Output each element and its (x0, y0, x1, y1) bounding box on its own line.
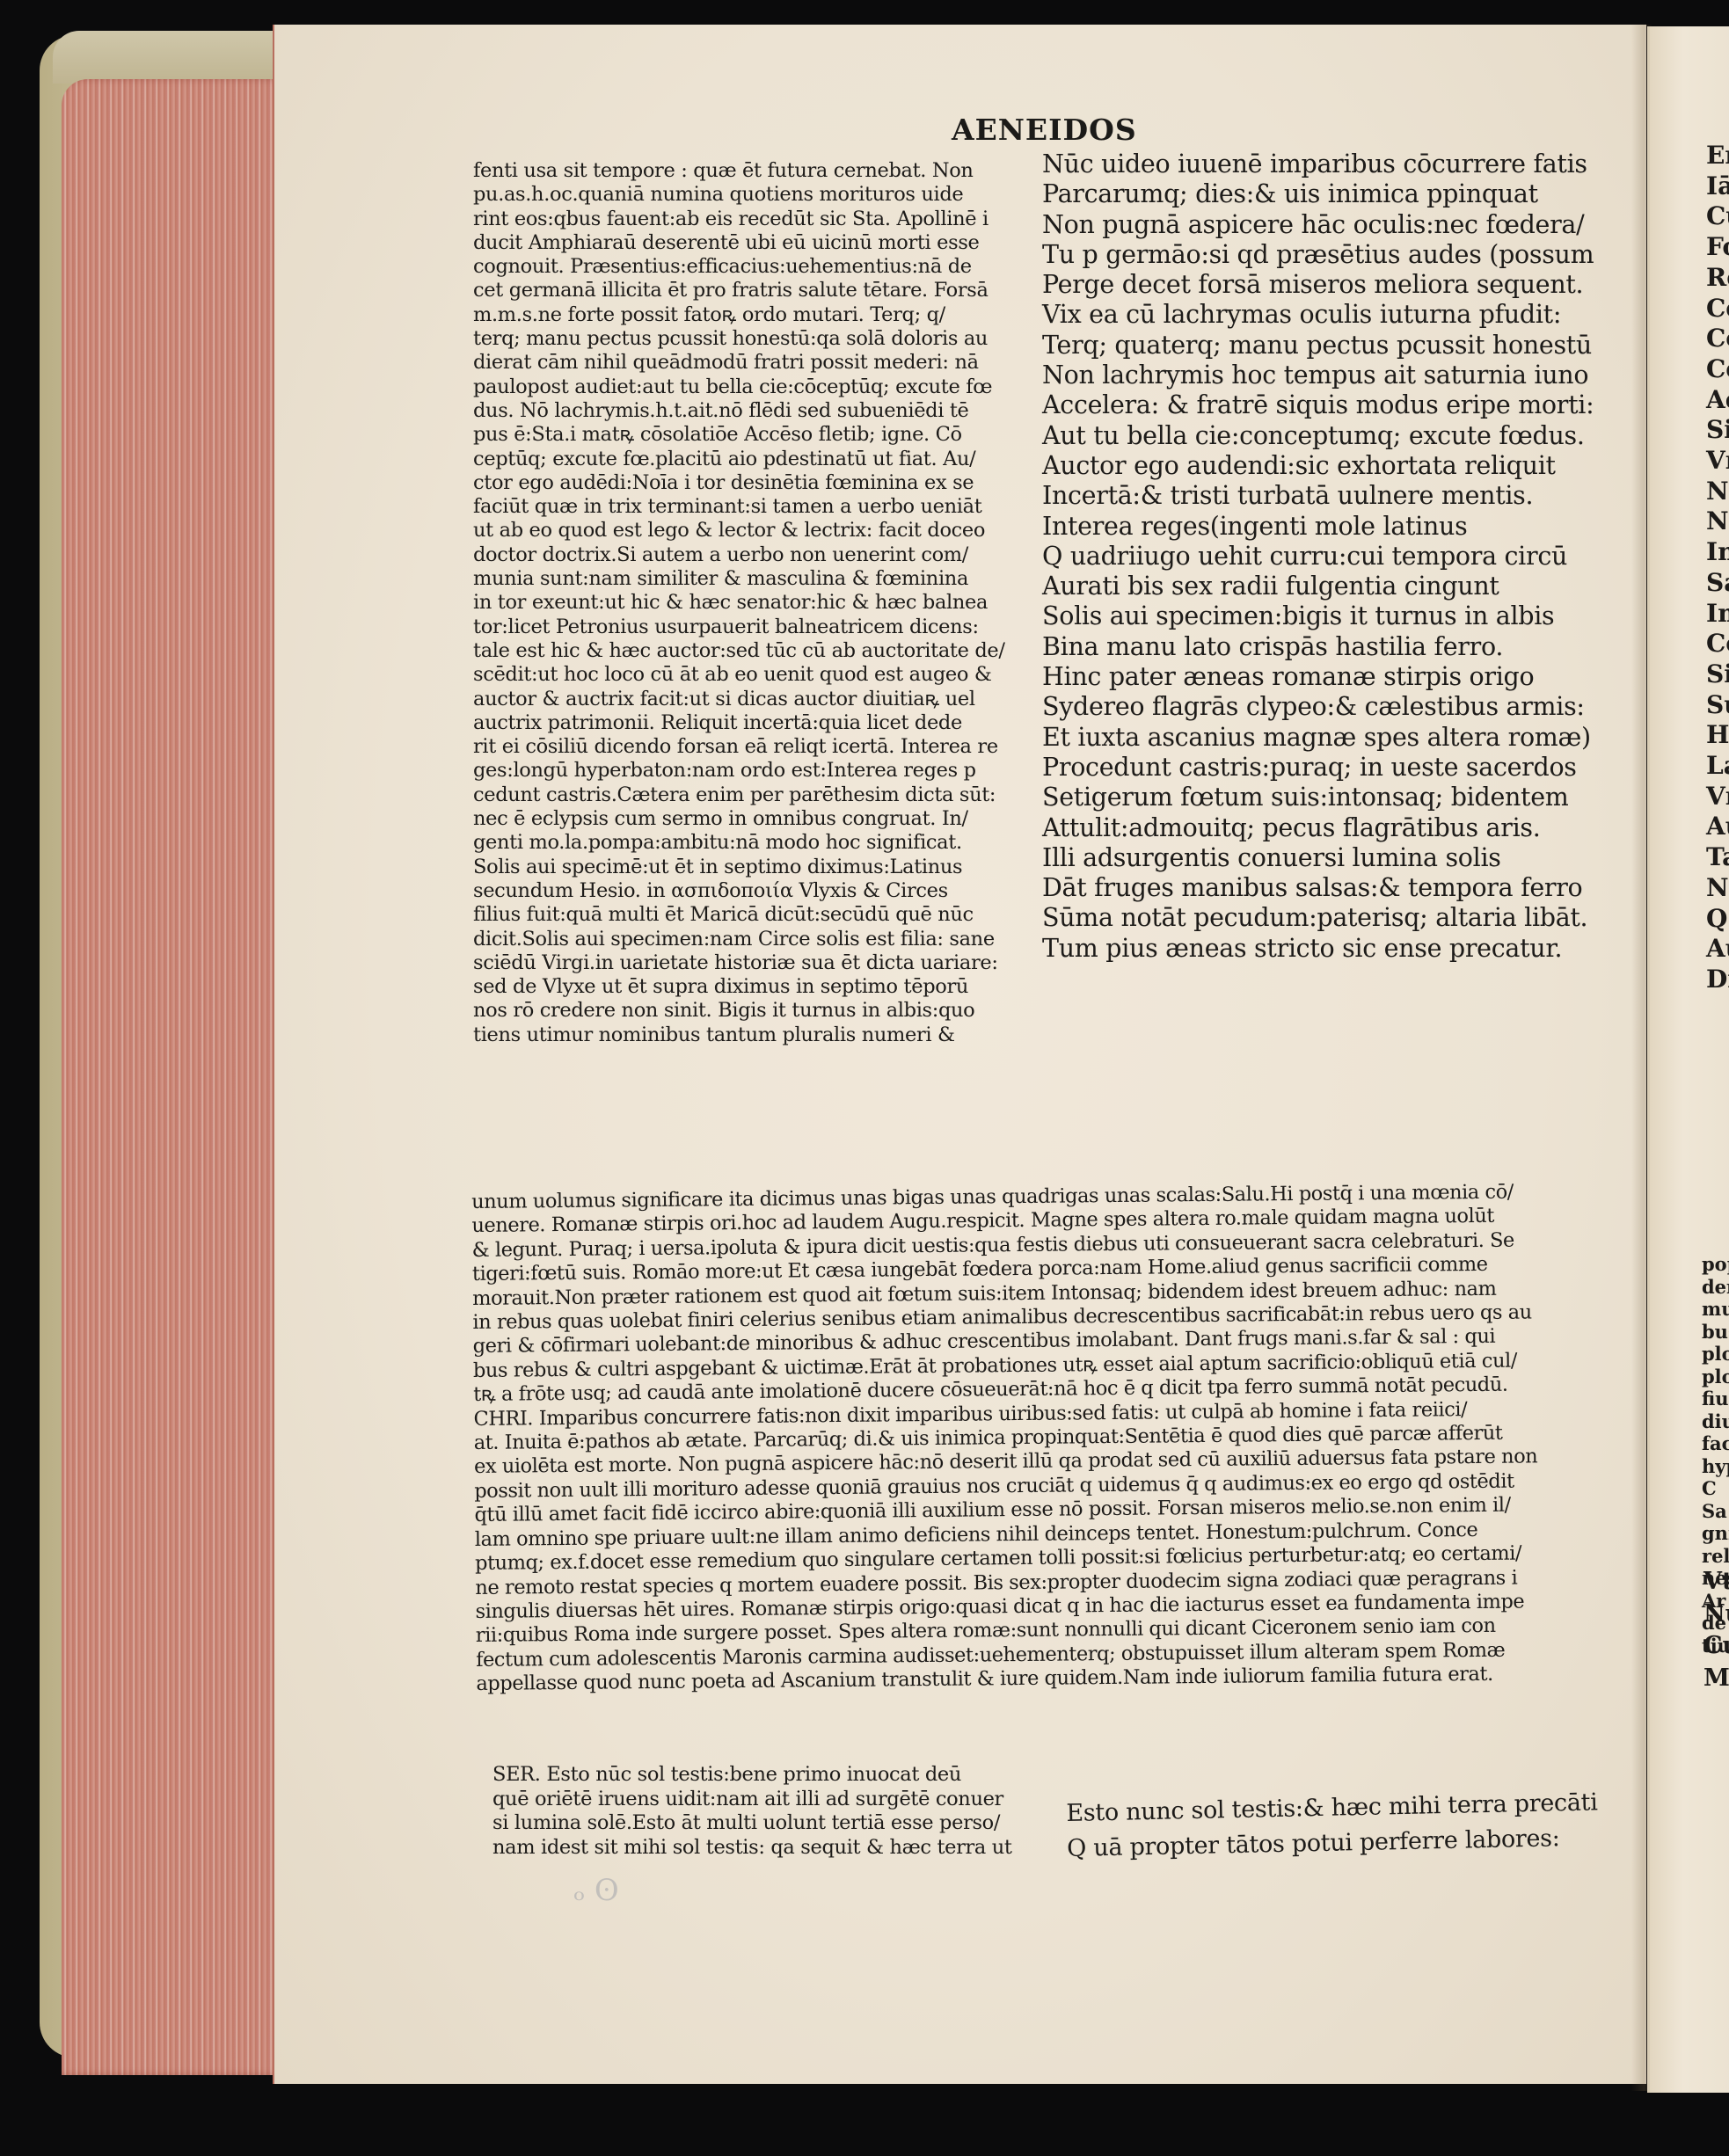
text-line: Si (1706, 415, 1729, 446)
text-line: Su (1706, 690, 1729, 721)
text-line: Inu (1706, 537, 1729, 568)
text-line: Aut tu bella cie:conceptumq; excute fœdu… (1042, 421, 1594, 451)
text-line: Na (1706, 506, 1729, 537)
text-line: faciūt quæ in trix terminant:si tamen a … (473, 495, 1005, 519)
text-line: Nūc uideo iuuenē imparibus cōcurrere fat… (1042, 149, 1594, 179)
text-line: filius fuit:quā multi ēt Maricā dicūt:se… (473, 903, 1005, 927)
text-line: ges:longū hyperbaton:nam ordo est:Intere… (473, 759, 1005, 783)
text-line: in tor exeunt:ut hic & hæc senator:hic &… (473, 591, 1005, 615)
text-line: diu (1702, 1410, 1729, 1433)
text-line: Cu (1706, 201, 1729, 232)
text-line: scēdit:ut hoc loco cū āt ab eo uenit quo… (473, 663, 1005, 687)
text-line: La (1706, 751, 1729, 782)
text-line: nos rō credere non sinit. Bigis it turnu… (473, 999, 1005, 1023)
text-line: C (1702, 1477, 1729, 1500)
verse-column-bottom: Esto nunc sol testis:& hæc mihi terra pr… (1066, 1785, 1599, 1867)
text-line: tale est hic & hæc auctor:sed tūc cū ab … (473, 639, 1005, 663)
text-line: Tu p germāo:si qd præsētius audes (possu… (1042, 240, 1594, 270)
text-line: Vı (1706, 446, 1729, 477)
text-line: Et iuxta ascanius magnæ spes altera romæ… (1042, 723, 1594, 753)
text-line: ut ab eo quod est lego & lector & lectri… (473, 519, 1005, 543)
text-line: pop (1702, 1253, 1729, 1276)
text-line: secundum Hesio. in ασπιδοποιία Vlyxis & … (473, 879, 1005, 903)
text-line: ctor ego audēdi:Noīa i tor desinētia fœm… (473, 471, 1005, 495)
text-line: Re (1706, 263, 1729, 294)
text-line: Au (1706, 812, 1729, 842)
text-line: Procedunt castris:puraq; in ueste sacerd… (1042, 753, 1594, 783)
text-line: dicit.Solis aui specimen:nam Circe solis… (473, 928, 1005, 951)
text-line: Bina manu lato crispās hastilia ferro. (1042, 632, 1594, 662)
text-line: dierat cām nihil queādmodū fratri possit… (473, 351, 1005, 375)
text-line: Sa (1706, 568, 1729, 599)
text-line: Setigerum fœtum suis:intonsaq; bidentem (1042, 783, 1594, 812)
text-line: Ce (1706, 354, 1729, 385)
text-line: plo (1702, 1366, 1729, 1388)
commentary-column-bottom: SER. Esto nūc sol testis:bene primo inuo… (492, 1763, 1012, 1860)
facing-page-verse-bottom: VtNuCuM (1703, 1566, 1729, 1694)
text-line: pu.as.h.oc.quaniā numina quotiens moritu… (473, 183, 1005, 207)
text-line: Auctor ego audendi:sic exhortata reliqui… (1042, 451, 1594, 481)
text-line: ceptūq; excute fœ.placitū aio pdestinatū… (473, 448, 1005, 471)
text-line: mu (1702, 1298, 1729, 1321)
text-line: Er (1706, 141, 1729, 171)
running-head: AENEIDOS (952, 113, 1137, 147)
text-line: dus. Nō lachrymis.h.t.ait.nō flēdi sed s… (473, 399, 1005, 423)
text-line: face (1702, 1432, 1729, 1455)
text-line: Ce (1706, 294, 1729, 324)
text-line: Sūma notāt pecudum:paterisq; altaria lib… (1042, 903, 1594, 933)
text-line: si lumina solē.Esto āt multi uolunt tert… (492, 1811, 1012, 1836)
text-line: Na (1706, 477, 1729, 507)
text-line: tor:licet Petronius usurpauerit balneatr… (473, 615, 1005, 639)
text-line: sed de Vlyxe ut ēt supra diximus in sept… (473, 975, 1005, 999)
verse-column-top: Nūc uideo iuuenē imparibus cōcurrere fat… (1042, 149, 1594, 964)
text-line: Vix ea cū lachrymas oculis iuturna pfudi… (1042, 300, 1594, 330)
text-line: nam idest sit mihi sol testis: qa sequit… (492, 1836, 1012, 1861)
text-line: Fo (1706, 232, 1729, 263)
text-line: Solis aui specimē:ut ēt in septimo dixim… (473, 856, 1005, 879)
text-line: fenti usa sit tempore : quæ ēt futura ce… (473, 159, 1005, 183)
facing-page-verse-top: ErIāCuFoReCeCōCeAeSiVıNaNaInuSaImCoSicSu… (1706, 141, 1729, 995)
text-line: Non lachrymis hoc tempus ait saturnia iu… (1042, 361, 1594, 390)
text-line: pus ē:Sta.i matꝶ cōsolatiōe Accēso fleti… (473, 423, 1005, 447)
text-line: Au (1706, 934, 1729, 965)
text-line: Vt (1703, 1566, 1729, 1599)
text-line: Solis aui specimen:bigis it turnus in al… (1042, 601, 1594, 631)
text-line: Ae (1706, 385, 1729, 416)
text-line: N (1706, 873, 1729, 904)
text-line: Illi adsurgentis conuersi lumina solis (1042, 843, 1594, 873)
commentary-column-top: fenti usa sit tempore : quæ ēt futura ce… (473, 159, 1005, 1047)
text-line: auctrix patrimonii. Reliquit incertā:qui… (473, 711, 1005, 735)
text-line: doctor doctrix.Si autem a uerbo non uene… (473, 543, 1005, 567)
text-line: Hinc pater æneas romanæ stirpis origo (1042, 662, 1594, 692)
text-line: tiens utimur nominibus tantum pluralis n… (473, 1023, 1005, 1047)
text-line: cognouit. Præsentius:efficacius:uehement… (473, 255, 1005, 279)
text-line: SER. Esto nūc sol testis:bene primo inuo… (492, 1763, 1012, 1788)
text-line: Cō (1706, 324, 1729, 354)
text-line: munia sunt:nam similiter & masculina & f… (473, 567, 1005, 591)
text-line: Q (1706, 904, 1729, 935)
text-line: Aurati bis sex radii fulgentia cingunt (1042, 572, 1594, 601)
text-line: auctor & auctrix facit:ut si dicas aucto… (473, 688, 1005, 711)
text-line: Dāt fruges manibus salsas:& tempora ferr… (1042, 873, 1594, 903)
text-line: Co (1706, 629, 1729, 659)
text-line: paulopost audiet:aut tu bella cie:cōcept… (473, 375, 1005, 399)
text-line: Tum pius æneas stricto sic ense precatur… (1042, 934, 1594, 964)
text-line: Perge decet forsā miseros meliora sequen… (1042, 270, 1594, 300)
text-line: rit ei cōsiliū dicendo forsan eā reliqt … (473, 735, 1005, 759)
text-line: quē oriētē iruens uidit:nam ait illi ad … (492, 1788, 1012, 1812)
text-line: gni (1702, 1522, 1729, 1545)
text-line: Di (1706, 965, 1729, 995)
text-line: genti mo.la.pompa:ambitu:nā modo hoc sig… (473, 831, 1005, 855)
commentary-full-width: unum uolumus significare ita dicimus una… (471, 1180, 1540, 1696)
text-line: Ta (1706, 842, 1729, 873)
text-line: Attulit:admouitq; pecus flagrātibus aris… (1042, 813, 1594, 843)
text-line: M (1703, 1663, 1729, 1695)
text-line: bus (1702, 1321, 1729, 1344)
text-line: reli (1702, 1545, 1729, 1568)
text-line: sciēdū Virgi.in uarietate historiæ sua ē… (473, 951, 1005, 975)
text-line: cet germanā illicita ēt pro fratris salu… (473, 279, 1005, 302)
signature-mark-show-through: ₒ ʘ (573, 1873, 619, 1908)
text-line: Sic (1706, 659, 1729, 690)
text-line: Sydereo flagrās clypeo:& cælestibus armi… (1042, 692, 1594, 722)
text-line: m.m.s.ne forte possit fatoꝶ ordo mutari.… (473, 303, 1005, 327)
text-line: Accelera: & fratrē siquis modus eripe mo… (1042, 390, 1594, 420)
text-line: Non pugnā aspicere hāc oculis:nec fœdera… (1042, 210, 1594, 240)
text-line: fiu (1702, 1388, 1729, 1410)
text-line: Im (1706, 599, 1729, 630)
text-line: plo (1702, 1343, 1729, 1366)
text-line: Nu (1703, 1599, 1729, 1631)
text-line: hyp (1702, 1455, 1729, 1478)
text-line: cedunt castris.Cætera enim per parēthesi… (473, 783, 1005, 807)
text-line: Terq; quaterq; manu pectus pcussit hones… (1042, 331, 1594, 361)
text-line: Incertā:& tristi turbatā uulnere mentis. (1042, 481, 1594, 511)
text-line: ducit Amphiaraū deserentē ubi eū uicinū … (473, 231, 1005, 255)
text-line: Interea reges(ingenti mole latinus (1042, 512, 1594, 542)
text-line: Cu (1703, 1630, 1729, 1663)
text-line: Vı (1706, 782, 1729, 812)
text-line: Sa (1702, 1500, 1729, 1523)
red-page-edges (62, 79, 290, 2075)
text-line: rint eos:qbus fauent:ab eis recedūt sic … (473, 208, 1005, 231)
text-line: terq; manu pectus pcussit honestū:qa sol… (473, 327, 1005, 351)
text-line: der (1702, 1276, 1729, 1299)
text-line: Ha (1706, 720, 1729, 751)
text-line: Parcarumq; dies:& uis inimica ppinquat (1042, 179, 1594, 209)
text-line: Q uadriiugo uehit curru:cui tempora circ… (1042, 542, 1594, 572)
text-line: Iā (1706, 171, 1729, 202)
text-line: nec ē eclypsis cum sermo in omnibus cong… (473, 807, 1005, 831)
